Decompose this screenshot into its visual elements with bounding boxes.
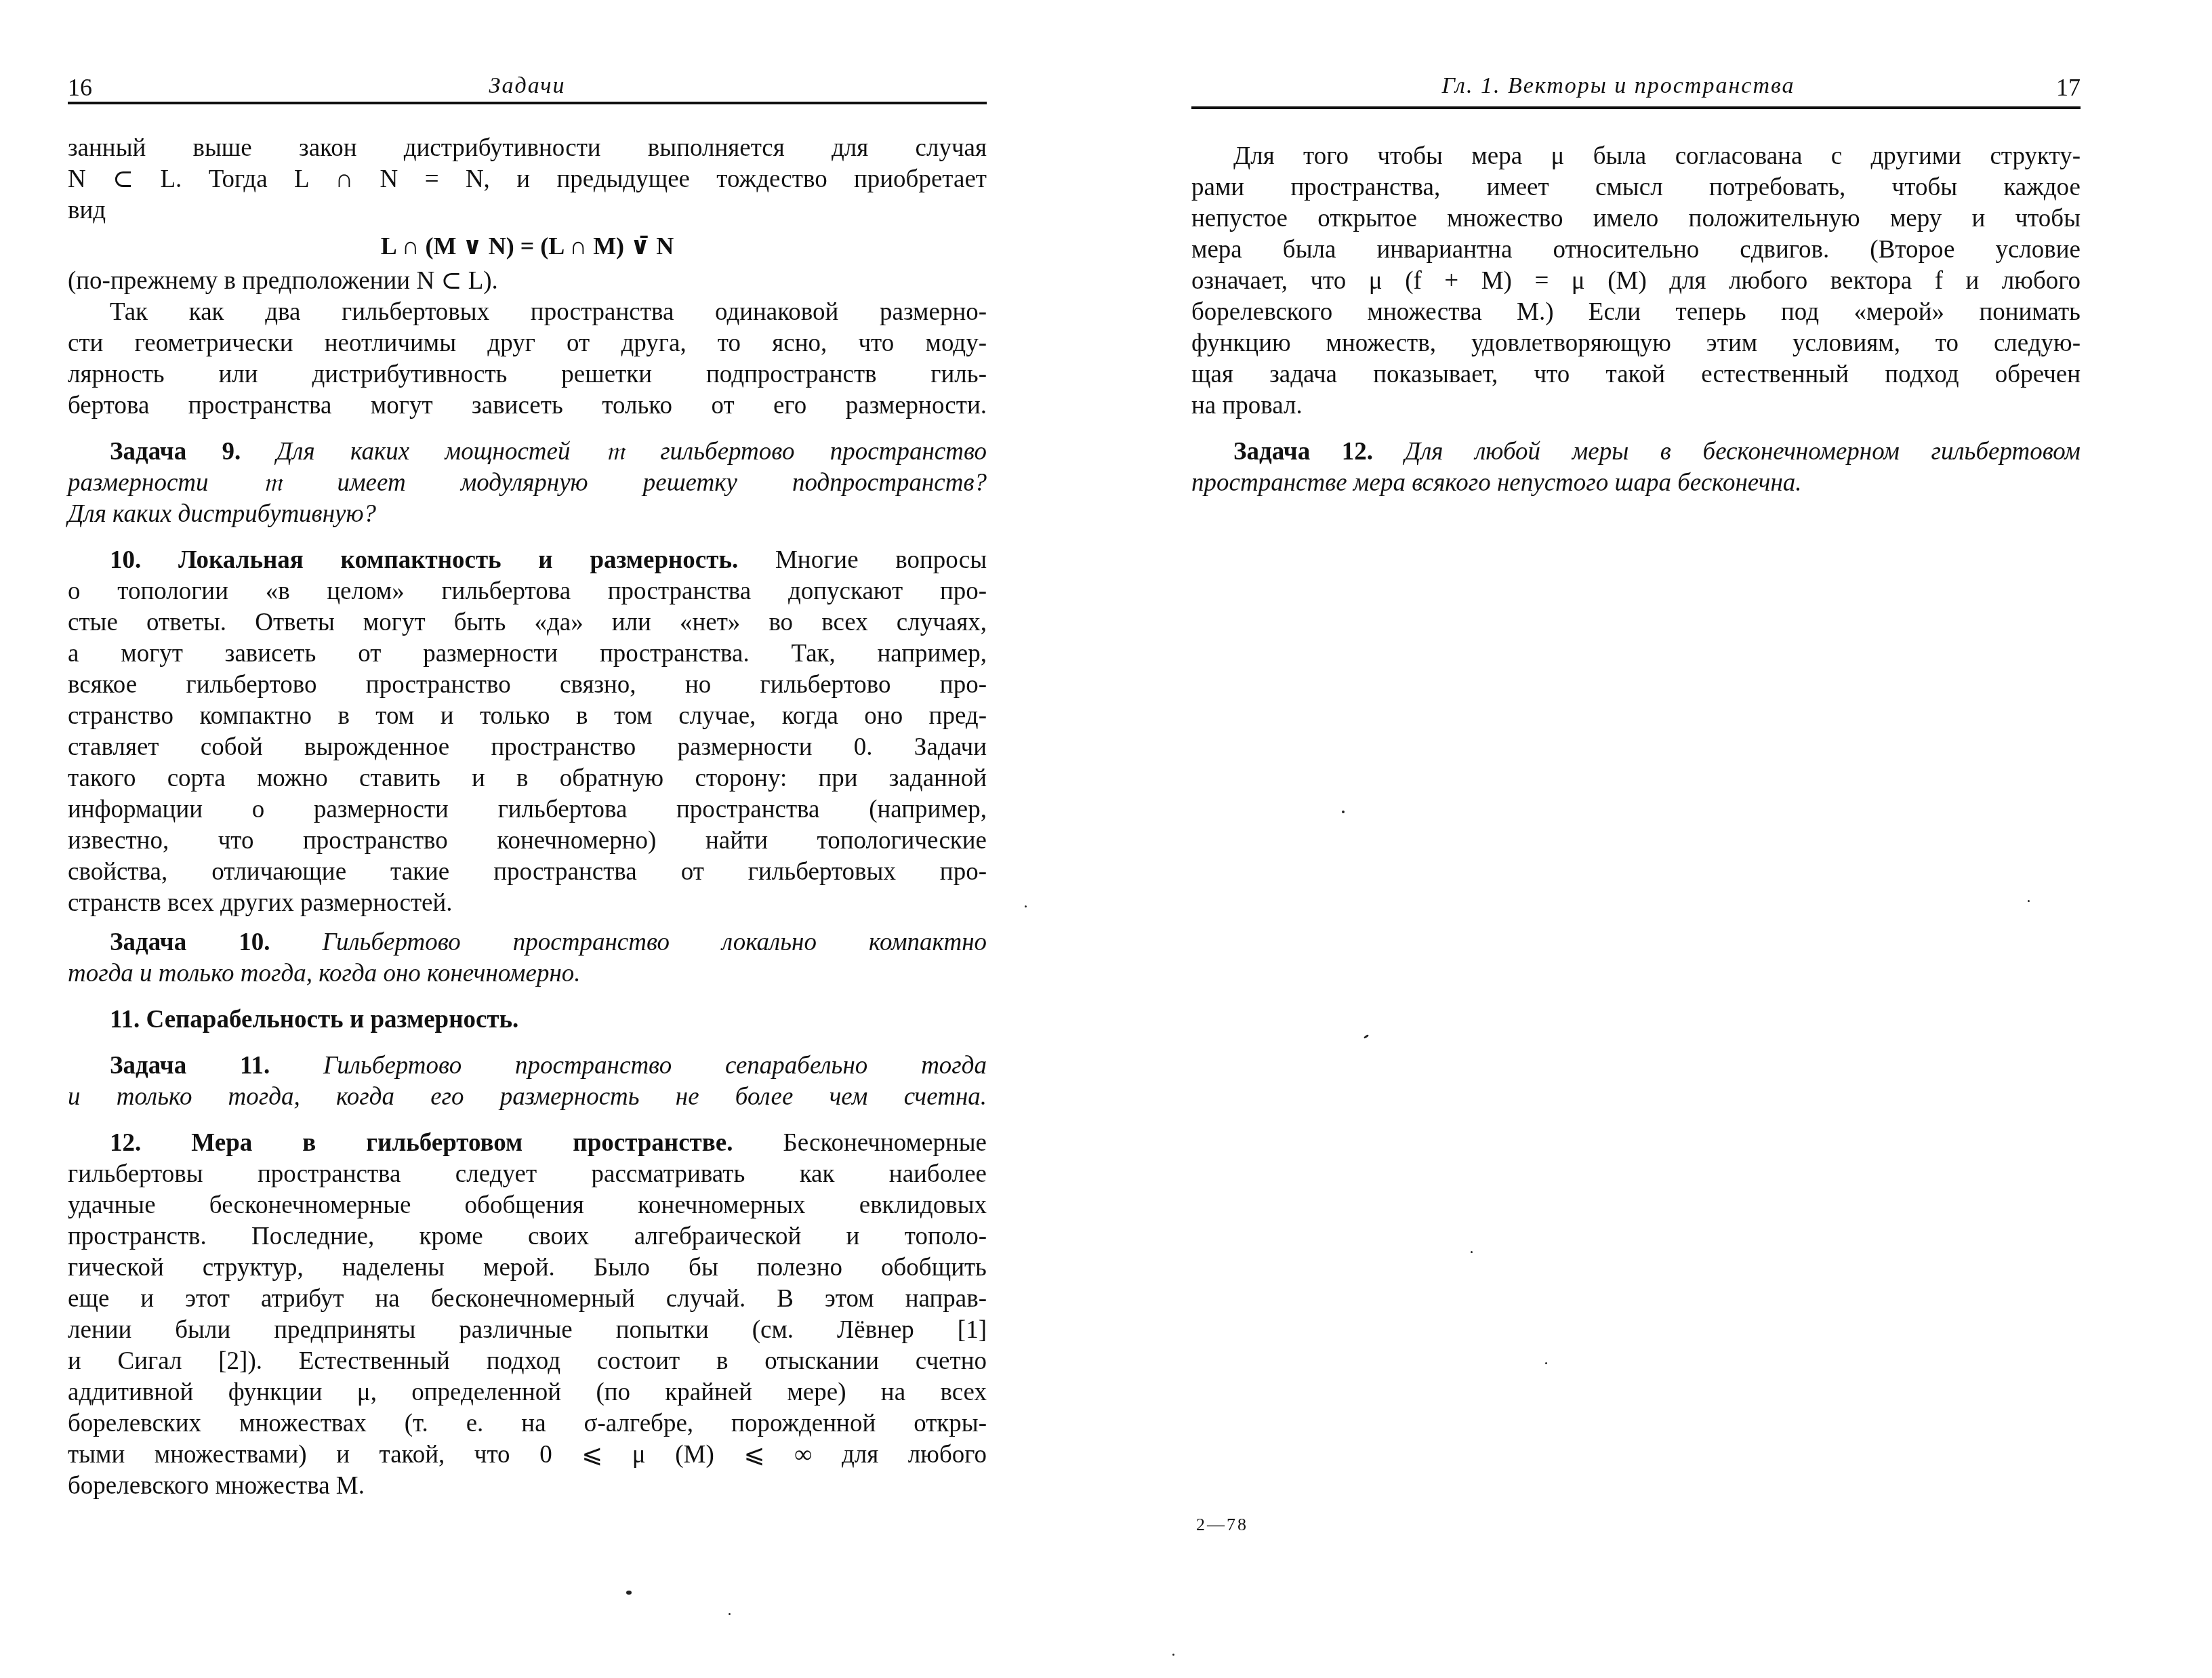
text-line: N ⊂ L. Тогда L ∩ N = N, и предыдущее тож… [68, 164, 987, 195]
text-line: такого сорта можно ставить и в обратную … [68, 763, 987, 794]
problem-text: Для любой меры в бесконечномерном гильбе… [1405, 438, 2081, 466]
text-line: ставляет собой вырожденное пространство … [68, 732, 987, 763]
section-10-first-line: 10. Локальная компактность и размерность… [68, 545, 987, 576]
paragraph-gap [68, 1036, 987, 1050]
text-line: а могут зависеть от размерности простран… [68, 638, 987, 670]
section-12-first-line: 12. Мера в гильбертовом пространстве. Бе… [68, 1128, 987, 1159]
text-line: свойства, отличающие такие пространства … [68, 857, 987, 888]
problem-11-line: Задача 11. Гильбертово пространство сепа… [68, 1050, 987, 1082]
scan-speck [626, 1591, 632, 1595]
display-equation: L ∩ (M ∨ N) = (L ∩ M) ∨̄ N [68, 226, 987, 266]
problem-9-line: размерности 𝔪 имеет модулярную решетку п… [68, 468, 987, 499]
text-line: борелевского множества M. [68, 1471, 987, 1502]
text-line: еще и этот атрибут на бесконечномерный с… [68, 1284, 987, 1315]
problem-label: Задача 10. [110, 928, 270, 956]
running-title: Задачи [68, 73, 987, 99]
section-heading: 10. Локальная компактность и размерность… [110, 546, 738, 574]
problem-label: Задача 11. [110, 1052, 270, 1080]
problem-12-line: пространстве мера всякого непустого шара… [1191, 468, 2081, 499]
text-line: рами пространства, имеет смысл потребова… [1191, 172, 2081, 203]
left-body: занный выше закон дистрибутивности выпол… [68, 133, 987, 1502]
text-line: тыми множествами) и такой, что 0 ⩽ μ (M)… [68, 1439, 987, 1471]
problem-10-line: Задача 10. Гильбертово пространство лока… [68, 927, 987, 958]
text-line: означает, что μ (f + M) = μ (M) для любо… [1191, 266, 2081, 297]
text-line: странств всех других размерностей. [68, 888, 987, 919]
text-line: всякое гильбертово пространство связно, … [68, 670, 987, 701]
text-line: мера была инвариантна относительно сдвиг… [1191, 234, 2081, 266]
text-line: пространств. Последние, кроме своих алге… [68, 1221, 987, 1252]
text-line: стые ответы. Ответы могут быть «да» или … [68, 607, 987, 638]
paragraph-gap [68, 919, 987, 927]
text-line: Так как два гильбертовых пространства од… [68, 297, 987, 328]
text-line: функцию множеств, удовлетворяющую этим у… [1191, 328, 2081, 359]
running-title: Гл. 1. Векторы и пространства [1415, 73, 1822, 99]
text-line: лении были предприняты различные попытки… [68, 1315, 987, 1346]
problem-11-line: и только тогда, когда его размерность не… [68, 1082, 987, 1113]
paragraph-gap [68, 422, 987, 436]
text-line: лярность или дистрибутивность решетки по… [68, 359, 987, 390]
scan-speck [729, 1613, 731, 1615]
text-line: на провал. [1191, 390, 2081, 422]
text-line: гической структур, наделены мерой. Было … [68, 1252, 987, 1284]
scan-speck [1172, 1654, 1174, 1656]
text-line: о топологии «в целом» гильбертова простр… [68, 576, 987, 607]
scan-speck [1025, 905, 1027, 907]
page-number: 17 [2056, 73, 2081, 102]
text-line: сти геометрически неотличимы друг от дру… [68, 328, 987, 359]
problem-9-line: Задача 9. Для каких мощностей 𝔪 гильберт… [68, 436, 987, 468]
problem-10-line: тогда и только тогда, когда оно конечном… [68, 958, 987, 989]
paragraph-gap [68, 1113, 987, 1128]
problem-text: Гильбертово пространство локально компак… [323, 928, 987, 956]
text-line: гильбертовы пространства следует рассмат… [68, 1159, 987, 1190]
paragraph-gap [68, 989, 987, 1004]
right-body: Для того чтобы мера μ была согласована с… [1191, 141, 2081, 499]
scan-speck [1364, 1034, 1369, 1039]
header-rule [68, 102, 987, 104]
scan-speck [2028, 900, 2030, 902]
text-line: известно, что пространство конечномерно)… [68, 825, 987, 857]
text-line: непустое открытое множество имело положи… [1191, 203, 2081, 234]
text-line: борелевских множествах (т. е. на σ-алгеб… [68, 1408, 987, 1439]
problem-12-line: Задача 12. Для любой меры в бесконечноме… [1191, 436, 2081, 468]
scan-speck [1342, 811, 1345, 813]
text-run: Многие вопросы [775, 546, 987, 574]
problem-text: Гильбертово пространство сепарабельно то… [323, 1052, 987, 1080]
text-line: (по-прежнему в предположении N ⊂ L). [68, 266, 987, 297]
text-line: бертова пространства могут зависеть толь… [68, 390, 987, 422]
paragraph-gap [1191, 422, 2081, 436]
text-line: удачные бесконечномерные обобщения конеч… [68, 1190, 987, 1221]
text-line: и Сигал [2]). Естественный подход состои… [68, 1346, 987, 1377]
text-line: информации о размерности гильбертова про… [68, 794, 987, 825]
text-line: Для того чтобы мера μ была согласована с… [1191, 141, 2081, 172]
running-header: 16 Задачи [68, 73, 987, 104]
problem-label: Задача 12. [1233, 438, 1373, 466]
text-line: странство компактно в том и только в том… [68, 701, 987, 732]
text-run: Бесконечномерные [783, 1129, 987, 1157]
text-line: щая задача показывает, что такой естеств… [1191, 359, 2081, 390]
text-line: борелевского множества M.) Если теперь п… [1191, 297, 2081, 328]
text-line: аддитивной функции μ, определенной (по к… [68, 1377, 987, 1408]
problem-label: Задача 9. [110, 438, 241, 466]
running-header: Гл. 1. Векторы и пространства 17 [1191, 73, 2081, 104]
text-line: занный выше закон дистрибутивности выпол… [68, 133, 987, 164]
scan-speck [1545, 1362, 1547, 1364]
printer-signature-mark: 2—78 [1196, 1515, 1248, 1535]
text-line: вид [68, 195, 987, 226]
section-heading: 12. Мера в гильбертовом пространстве. [110, 1129, 733, 1157]
problem-text: Для каких мощностей 𝔪 гильбертово простр… [276, 438, 987, 466]
header-rule [1191, 106, 2081, 109]
paragraph-gap [68, 530, 987, 545]
problem-9-line: Для каких дистрибутивную? [68, 499, 987, 530]
scan-speck [1471, 1251, 1473, 1253]
section-11-heading: 11. Сепарабельность и размерность. [68, 1004, 987, 1036]
